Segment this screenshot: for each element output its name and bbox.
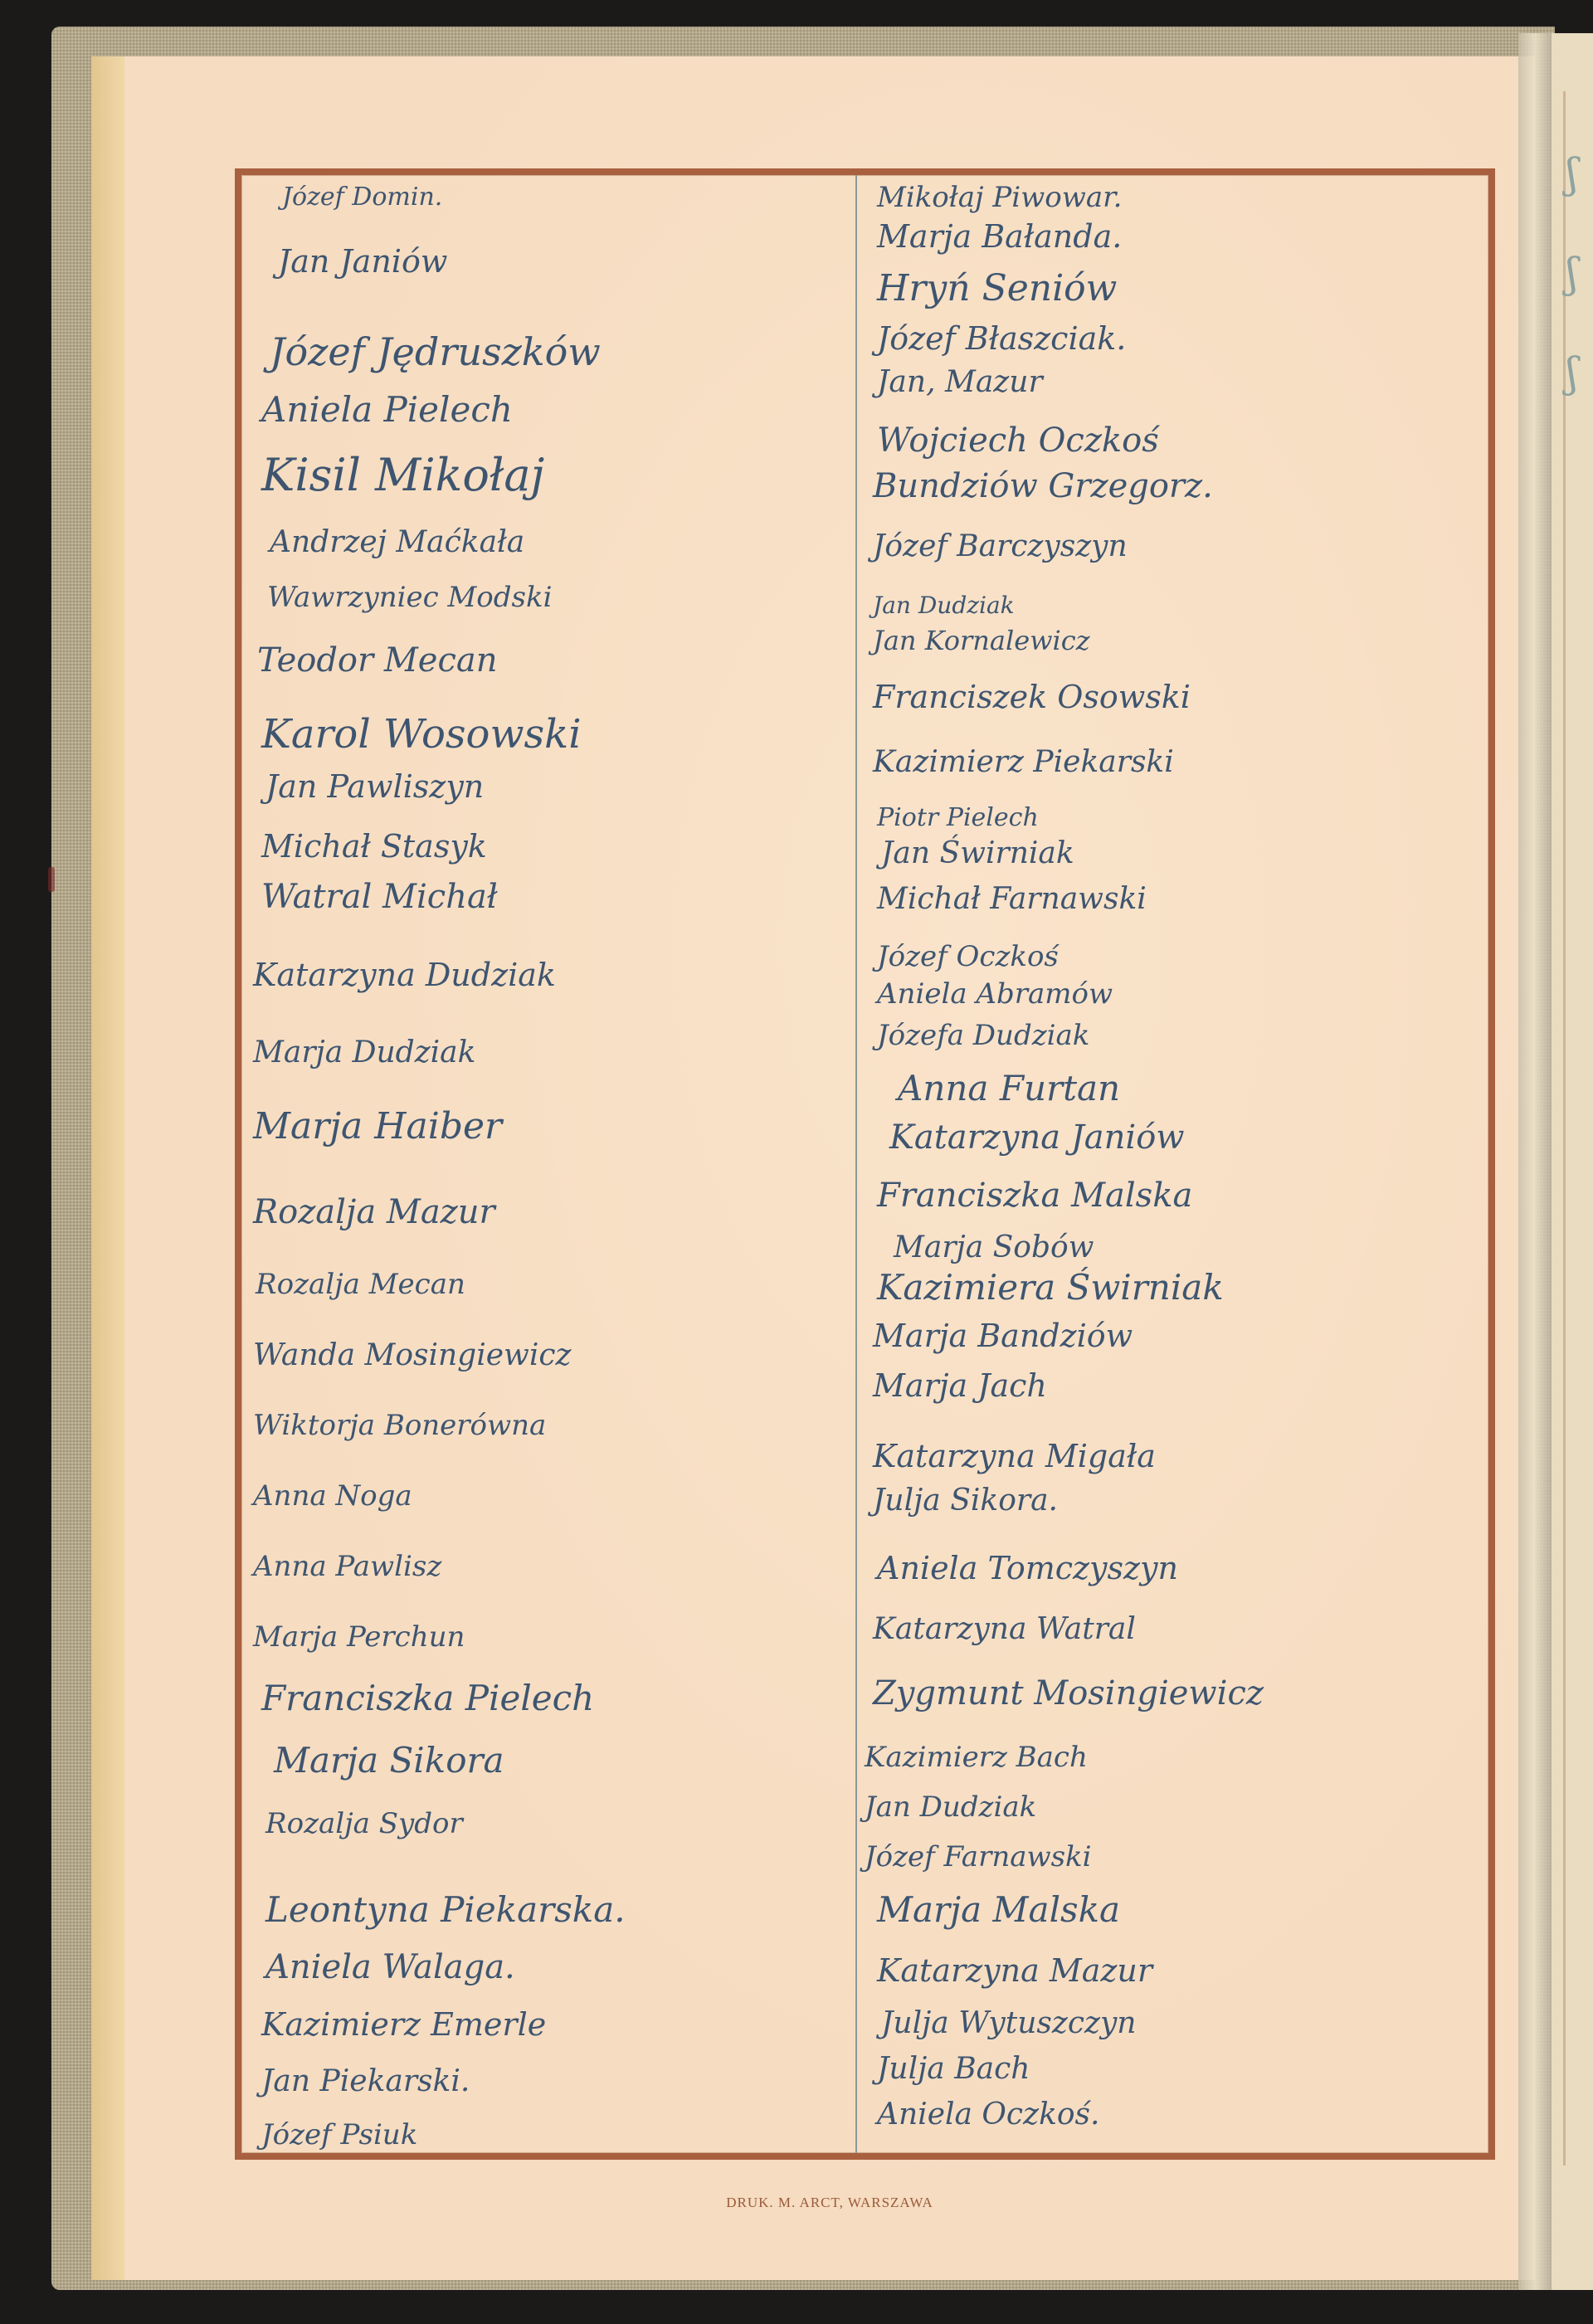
signature-entry: Franciszka Pielech bbox=[261, 1681, 594, 1716]
signature-entry: Marja Bandziów bbox=[873, 1320, 1133, 1352]
signature-entry: Marja Bałanda. bbox=[877, 221, 1122, 252]
signature-entry: Julja Wytuszczyn bbox=[881, 2009, 1137, 2039]
signature-entry: Julja Bach bbox=[877, 2054, 1030, 2084]
signature-entry: Marja Sikora bbox=[274, 1743, 504, 1778]
signature-entry: Jan, Mazur bbox=[877, 368, 1043, 397]
signature-entry: Katarzyna Dudziak bbox=[253, 959, 556, 991]
signature-entry: Jan Dudziak bbox=[865, 1793, 1036, 1821]
signature-entry: Aniela Pielech bbox=[261, 392, 513, 427]
signature-entry: Kazimiera Świrniak bbox=[877, 1270, 1224, 1305]
printer-imprint: DRUK. M. ARCT, WARSZAWA bbox=[581, 2195, 1079, 2211]
decorative-ornament-icon: ʃ bbox=[1566, 249, 1578, 297]
column-divider bbox=[855, 175, 857, 2153]
signature-entry: Rozalja Mecan bbox=[256, 1270, 465, 1298]
signature-entry: Piotr Pielech bbox=[877, 806, 1039, 831]
signature-entry: Mikołaj Piwowar. bbox=[877, 183, 1122, 212]
signature-entry: Andrzej Maćkała bbox=[270, 528, 524, 558]
decorative-border bbox=[1563, 91, 1593, 2166]
signature-entry: Zygmunt Mosingiewicz bbox=[873, 1677, 1264, 1710]
signature-entry: Karol Wosowski bbox=[261, 714, 582, 754]
signature-entry: Aniela Oczkoś. bbox=[877, 2100, 1099, 2130]
adjacent-page-edge: ʃ ʃ ʃ bbox=[1552, 33, 1593, 2290]
decorative-ornament-icon: ʃ bbox=[1566, 348, 1578, 397]
page-stack-edge bbox=[91, 56, 124, 2280]
decorative-ornament-icon: ʃ bbox=[1566, 149, 1578, 197]
signature-entry: Józef Domin. bbox=[282, 185, 442, 210]
signature-entry: Julja Sikora. bbox=[873, 1486, 1058, 1516]
signature-entry: Katarzyna Watral bbox=[873, 1615, 1136, 1644]
signature-entry: Aniela Abramów bbox=[877, 980, 1113, 1008]
signature-entry: Jan Pawliszyn bbox=[265, 771, 484, 802]
signature-entry: Józef Oczkoś bbox=[877, 943, 1059, 971]
signature-entry: Rozalja Mazur bbox=[253, 1196, 495, 1229]
book-gutter bbox=[1518, 33, 1552, 2290]
signature-entry: Aniela Tomczyszyn bbox=[877, 1552, 1178, 1584]
signature-entry: Rozalja Sydor bbox=[265, 1810, 463, 1838]
signature-entry: Franciszek Osowski bbox=[873, 681, 1191, 713]
signature-entry: Józef Psiuk bbox=[261, 2121, 417, 2149]
signature-entry: Józef Barczyszyn bbox=[873, 532, 1128, 562]
signature-entry: Marja Perchun bbox=[253, 1623, 465, 1651]
signature-entry: Anna Furtan bbox=[898, 1071, 1120, 1106]
signature-entry: Marja Haiber bbox=[253, 1108, 502, 1145]
signature-entry: Marja Jach bbox=[873, 1370, 1047, 1401]
signature-entry: Marja Sobów bbox=[894, 1233, 1094, 1263]
signature-entry: Jan Piekarski. bbox=[261, 2067, 470, 2097]
signature-entry: Jan Janiów bbox=[278, 246, 447, 277]
signature-entry: Anna Noga bbox=[253, 1482, 412, 1510]
signature-entry: Józefa Dudziak bbox=[877, 1021, 1089, 1050]
signature-entry: Katarzyna Migała bbox=[873, 1440, 1156, 1472]
signature-entry: Józef Jędruszków bbox=[270, 333, 601, 371]
signature-entry: Michał Farnawski bbox=[877, 884, 1147, 914]
signature-entry: Katarzyna Mazur bbox=[877, 1955, 1152, 1986]
signature-entry: Marja Malska bbox=[877, 1893, 1120, 1927]
signature-entry: Katarzyna Janiów bbox=[889, 1121, 1185, 1154]
signature-entry: Bundziów Grzegorz. bbox=[873, 470, 1213, 503]
signature-entry: Wiktorja Bonerówna bbox=[253, 1411, 546, 1440]
signature-entry: Józef Farnawski bbox=[865, 1843, 1092, 1871]
signature-entry: Franciszka Malska bbox=[877, 1179, 1192, 1212]
signature-entry: Jan Dudziak bbox=[873, 594, 1015, 617]
signature-entry: Aniela Walaga. bbox=[265, 1951, 515, 1984]
signature-entry: Józef Błaszciak. bbox=[877, 323, 1126, 354]
signature-entry: Teodor Mecan bbox=[257, 644, 498, 677]
signature-entry: Leontyna Piekarska. bbox=[265, 1893, 626, 1927]
signature-entry: Wojciech Oczkoś bbox=[877, 424, 1159, 457]
signature-entry: Kazimierz Piekarski bbox=[873, 748, 1174, 777]
signature-entry: Watral Michał bbox=[261, 880, 498, 914]
ink-stain bbox=[48, 867, 55, 892]
signature-entry: Wawrzyniec Modski bbox=[267, 583, 552, 611]
signature-entry: Hryń Seniów bbox=[877, 270, 1117, 307]
signature-entry: Jan Kornalewicz bbox=[873, 627, 1090, 654]
signature-entry: Wanda Mosingiewicz bbox=[253, 1341, 572, 1371]
signature-entry: Kazimierz Bach bbox=[865, 1743, 1088, 1771]
signature-entry: Marja Dudziak bbox=[253, 1038, 475, 1068]
signature-entry: Anna Pawlisz bbox=[253, 1552, 441, 1581]
signature-entry: Kazimierz Emerle bbox=[261, 2009, 546, 2040]
signature-entry: Jan Świrniak bbox=[881, 839, 1074, 869]
signature-entry: Kisil Mikołaj bbox=[261, 453, 544, 498]
signature-entry: Michał Stasyk bbox=[261, 831, 487, 862]
